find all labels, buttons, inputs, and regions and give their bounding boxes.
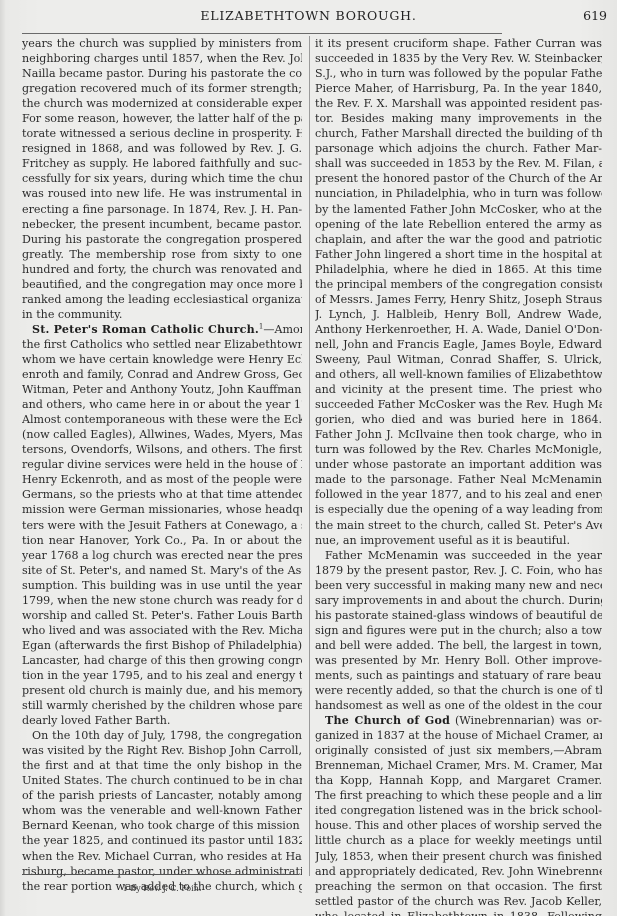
text-line: turn was followed by the Rev. Charles Mc… xyxy=(315,442,602,457)
text-line: Philadelphia, where he died in 1865. At … xyxy=(315,262,602,277)
text-line: regular divine services were held in the… xyxy=(22,457,302,472)
text-line: nue, an improvement useful as it is beau… xyxy=(315,533,602,548)
text-line: of Messrs. James Ferry, Henry Shitz, Jos… xyxy=(315,292,602,307)
text-line: Fritchey as supply. He labored faithfull… xyxy=(22,156,302,171)
text-line: Lancaster, had charge of this then growi… xyxy=(22,653,302,668)
text-line: ranked among the leading ecclesiastical … xyxy=(22,292,302,307)
text-line: year 1768 a log church was erected near … xyxy=(22,548,302,563)
text-line: Nailla became pastor. During his pastora… xyxy=(22,66,302,81)
text-line: Henry Eckenroth, and as most of the peop… xyxy=(22,472,302,487)
text-line: neighboring charges until 1857, when the… xyxy=(22,51,302,66)
text-line: was roused into new life. He was instrum… xyxy=(22,186,302,201)
footnote-rule xyxy=(22,874,299,875)
text-line: succeeded Father McCosker was the Rev. H… xyxy=(315,397,602,412)
text-line: been very successful in making many new … xyxy=(315,578,602,593)
text-line: Witman, Peter and Anthony Youtz, John Ka… xyxy=(22,382,302,397)
text-line: the year 1825, and continued its pastor … xyxy=(22,833,302,848)
paragraph-lutheran-continued: years the church was supplied by ministe… xyxy=(22,36,302,322)
text-line: still warmly cherished by the children w… xyxy=(22,698,302,713)
text-line: beautified, and the congregation may onc… xyxy=(22,277,302,292)
text-line: tion in the year 1795, and to his zeal a… xyxy=(22,668,302,683)
text-line: opening of the late Rebellion entered th… xyxy=(315,217,602,232)
text-line: and appropriately dedicated, Rev. John W… xyxy=(315,864,602,879)
text-line: Almost contemporaneous with these were t… xyxy=(22,412,302,427)
section-heading-church-of-god: The Church of God xyxy=(325,714,450,727)
text-line: tion near Hanover, York Co., Pa. In or a… xyxy=(22,533,302,548)
paragraph-carroll: On the 10th day of July, 1798, the congr… xyxy=(22,728,302,894)
text-line: Brenneman, Michael Cramer, Mrs. M. Crame… xyxy=(315,758,602,773)
paragraph-foin: Father McMenamin was succeeded in the ye… xyxy=(315,548,602,714)
text-line: greatly. The membership rose from sixty … xyxy=(22,247,302,262)
left-column: years the church was supplied by ministe… xyxy=(22,36,302,894)
text-line: followed in the year 1877, and to his ze… xyxy=(315,487,602,502)
book-page: ELIZABETHTOWN BOROUGH. 619 years the chu… xyxy=(0,0,617,916)
page-header: ELIZABETHTOWN BOROUGH. 619 xyxy=(0,8,617,24)
text-line: house. This and other places of worship … xyxy=(315,818,602,833)
text-line: whom we have certain knowledge were Henr… xyxy=(22,352,302,367)
running-title: ELIZABETHTOWN BOROUGH. xyxy=(0,8,617,23)
text-line: church, Father Marshall directed the bui… xyxy=(315,126,602,141)
text-line: worship and called St. Peter's. Father L… xyxy=(22,608,302,623)
text-line: tersons, Ovendorfs, Wilsons, and others.… xyxy=(22,442,302,457)
text-line: ited congregation listened was in the br… xyxy=(315,803,602,818)
text-line: nunciation, in Philadelphia, who in turn… xyxy=(315,186,602,201)
text-line: parsonage which adjoins the church. Fath… xyxy=(315,141,602,156)
text-line: United States. The church continued to b… xyxy=(22,773,302,788)
text-line: Sweeny, Paul Witman, Conrad Shaffer, S. … xyxy=(315,352,602,367)
text-line: July, 1853, when their present church wa… xyxy=(315,849,602,864)
text-line: cessfully for six years, during which ti… xyxy=(22,171,302,186)
text-line: succeeded in 1835 by the Very Rev. W. St… xyxy=(315,51,602,66)
text-line: were recently added, so that the church … xyxy=(315,683,602,698)
text-line: his pastorate stained-glass windows of b… xyxy=(315,608,602,623)
text-line: the first and at that time the only bish… xyxy=(22,758,302,773)
text-line: by the lamented Father John McCosker, wh… xyxy=(315,202,602,217)
text-line: For some reason, however, the latter hal… xyxy=(22,111,302,126)
text-line: nell, John and Francis Eagle, James Boyl… xyxy=(315,337,602,352)
text-line: in the community. xyxy=(22,307,302,322)
text-line: risburg, became pastor, under whose admi… xyxy=(22,864,302,879)
text-line: chaplain, and after the war the good and… xyxy=(315,232,602,247)
footnote: 1 By Rev. J. C. Foin. xyxy=(22,884,302,893)
text-line: when the Rev. Michael Curran, who reside… xyxy=(22,849,302,864)
text-line: sign and figures were put in the church;… xyxy=(315,623,602,638)
header-rule xyxy=(22,33,502,34)
text-line: 1799, when the new stone church was read… xyxy=(22,593,302,608)
text-line: was presented by Mr. Henry Boll. Other i… xyxy=(315,653,602,668)
text-line: Pierce Maher, of Harrisburg, Pa. In the … xyxy=(315,81,602,96)
text-line: ganized in 1837 at the house of Michael … xyxy=(315,728,602,743)
text-line: On the 10th day of July, 1798, the congr… xyxy=(22,728,302,743)
paragraph-st-peters-continued: it its present cruciform shape. Father C… xyxy=(315,36,602,548)
right-column: it its present cruciform shape. Father C… xyxy=(315,36,602,916)
text-line: present the honored pastor of the Church… xyxy=(315,171,602,186)
text-line: Egan (afterwards the first Bishop of Phi… xyxy=(22,638,302,653)
text-line: resigned in 1868, and was followed by Re… xyxy=(22,141,302,156)
text-line: tor. Besides making many improvements in… xyxy=(315,111,602,126)
text-line: and others, all well-known families of E… xyxy=(315,367,602,382)
section-heading-st-peters: St. Peter's Roman Catholic Church. xyxy=(32,323,259,336)
text-line: the principal members of the congregatio… xyxy=(315,277,602,292)
church-of-god-first-line: The Church of God (Winebrennarian) was o… xyxy=(315,713,602,728)
st-peters-first-line: St. Peter's Roman Catholic Church.1—Amon… xyxy=(22,322,302,337)
text-line: Germans, so the priests who at that time… xyxy=(22,487,302,502)
text-line: sumption. This building was in use until… xyxy=(22,578,302,593)
text-line: years the church was supplied by ministe… xyxy=(22,36,302,51)
text-line: present old church is mainly due, and hi… xyxy=(22,683,302,698)
text-line: and vicinity at the present time. The pr… xyxy=(315,382,602,397)
text-line: preaching the sermon on that occasion. T… xyxy=(315,879,602,894)
text-line: handsomest as well as one of the oldest … xyxy=(315,698,602,713)
text-line: under whose pastorate an important addit… xyxy=(315,457,602,472)
text-line: and bell were added. The bell, the large… xyxy=(315,638,602,653)
text-line: sary improvements in and about the churc… xyxy=(315,593,602,608)
text-line: settled pastor of the church was Rev. Ja… xyxy=(315,894,602,909)
paragraph-st-peters: St. Peter's Roman Catholic Church.1—Amon… xyxy=(22,322,302,728)
text-line: During his pastorate the congregation pr… xyxy=(22,232,302,247)
text-line: (now called Eagles), Allwines, Wades, My… xyxy=(22,427,302,442)
text-line: erecting a fine parsonage. In 1874, Rev.… xyxy=(22,202,302,217)
text-line: Father John lingered a short time in the… xyxy=(315,247,602,262)
text-line: the main street to the church, called St… xyxy=(315,518,602,533)
text-line: Father McMenamin was succeeded in the ye… xyxy=(315,548,602,563)
text-line: tha Kopp, Hannah Kopp, and Margaret Cram… xyxy=(315,773,602,788)
text-line: of the parish priests of Lancaster, nota… xyxy=(22,788,302,803)
text-line: hundred and forty, the church was renova… xyxy=(22,262,302,277)
text-line: the church was modernized at considerabl… xyxy=(22,96,302,111)
text-line: gregation recovered much of its former s… xyxy=(22,81,302,96)
text-line: is especially due the opening of a way l… xyxy=(315,502,602,517)
text-line: who located in Elizabethtown in 1838. Fo… xyxy=(315,909,602,916)
text-line: who lived and was associated with the Re… xyxy=(22,623,302,638)
text-line: Anthony Herkenroether, H. A. Wade, Danie… xyxy=(315,322,602,337)
column-divider xyxy=(309,36,310,876)
text-line: little church as a place for weekly meet… xyxy=(315,833,602,848)
text-line: shall was succeeded in 1853 by the Rev. … xyxy=(315,156,602,171)
paragraph-church-of-god: The Church of God (Winebrennarian) was o… xyxy=(315,713,602,916)
text-line: made to the parsonage. Father Neal McMen… xyxy=(315,472,602,487)
text-line: dearly loved Father Barth. xyxy=(22,713,302,728)
text-line: nebecker, the present incumbent, became … xyxy=(22,217,302,232)
text-line: ters were with the Jesuit Fathers at Con… xyxy=(22,518,302,533)
text-line: torate witnessed a serious decline in pr… xyxy=(22,126,302,141)
text-line: the Rev. F. X. Marshall was appointed re… xyxy=(315,96,602,111)
text-line: and others, who came here in or about th… xyxy=(22,397,302,412)
text-line: The first preaching to which these peopl… xyxy=(315,788,602,803)
text-line: it its present cruciform shape. Father C… xyxy=(315,36,602,51)
text-line: Father John J. McIlvaine then took charg… xyxy=(315,427,602,442)
text-line: site of St. Peter's, and named St. Mary'… xyxy=(22,563,302,578)
page-number: 619 xyxy=(583,8,607,23)
text-line: enroth and family, Conrad and Andrew Gro… xyxy=(22,367,302,382)
text-line: whom was the venerable and well-known Fa… xyxy=(22,803,302,818)
text-line: ments, such as paintings and statuary of… xyxy=(315,668,602,683)
text-line: gorien, who died and was buried here in … xyxy=(315,412,602,427)
text-line: J. Lynch, J. Halbleib, Henry Boll, Andre… xyxy=(315,307,602,322)
text-line: 1879 by the present pastor, Rev. J. C. F… xyxy=(315,563,602,578)
text-line: Bernard Keenan, who took charge of this … xyxy=(22,818,302,833)
text-line: was visited by the Right Rev. Bishop Joh… xyxy=(22,743,302,758)
text-line: the first Catholics who settled near Eli… xyxy=(22,337,302,352)
text-line: S.J., who in turn was followed by the po… xyxy=(315,66,602,81)
text-line: mission were German missionaries, whose … xyxy=(22,502,302,517)
text-line: originally consisted of just six members… xyxy=(315,743,602,758)
